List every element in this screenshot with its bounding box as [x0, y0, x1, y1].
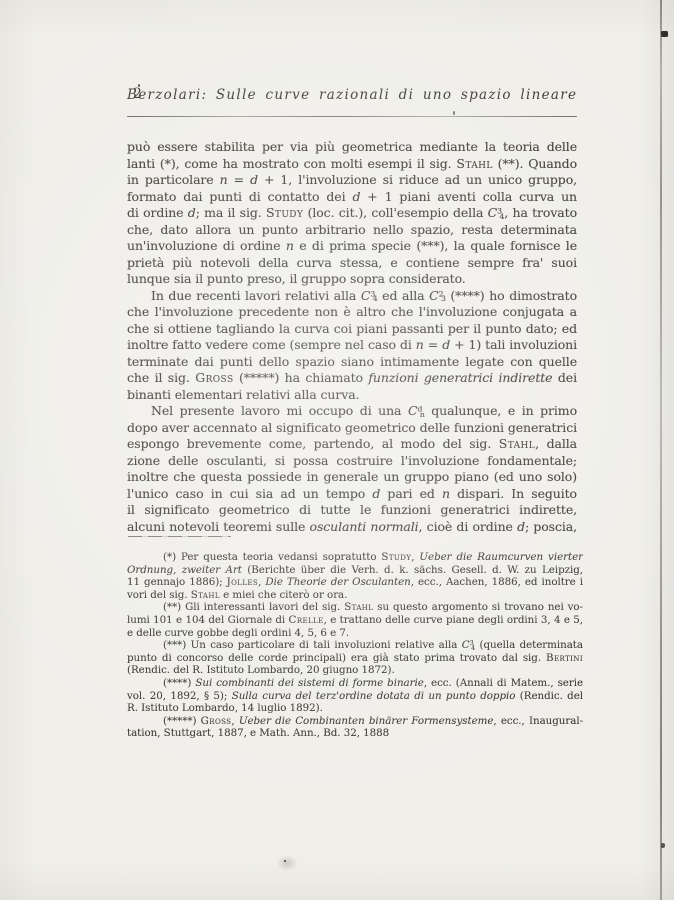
footnotes: (*) Per questa teoria vedansi sopratutto…	[127, 551, 583, 740]
text-line: lumi 101 e 104 del Giornale di Crelle, e…	[127, 614, 583, 627]
text-line: lunque sia il punto preso, il gruppo sop…	[127, 271, 577, 288]
footnote: (*) Per questa teoria vedansi sopratutto…	[127, 551, 583, 601]
text-line: espongo brevemente come, partendo, al mo…	[127, 436, 577, 453]
text-line: che l'involuzione precedente non è altro…	[127, 304, 577, 321]
text-line: lanti (*), come ha mostrato con molti es…	[127, 156, 577, 173]
scan-artifact-blob	[661, 31, 668, 37]
text-line: che si ottiene tagliando la curva coi pi…	[127, 321, 577, 338]
text-line: (*) Per questa teoria vedansi sopratutto…	[127, 551, 583, 564]
scan-artifact-dot	[661, 843, 665, 848]
scan-artifact-edge-line	[660, 0, 662, 900]
text-line: (**) Gli interessanti lavori del sig. St…	[127, 601, 583, 614]
footnote: (***) Un caso particolare di tali involu…	[127, 639, 583, 677]
scan-artifact-speck	[284, 860, 286, 862]
paragraph: Nel presente lavoro mi occupo di una Cdn…	[127, 403, 577, 535]
text-line: (***) Un caso particolare di tali involu…	[127, 639, 583, 652]
text-line: inoltre fatto vedere come (sempre nel ca…	[127, 337, 577, 354]
running-title: Berzolari: Sulle curve razionali di uno …	[127, 88, 577, 102]
scan-artifact-speck	[453, 111, 455, 115]
text-line: Nel presente lavoro mi occupo di una Cdn…	[127, 403, 577, 420]
text-line: punto di concorso delle corde principali…	[127, 652, 583, 665]
text-line: (*****) Gross, Ueber die Combinanten bin…	[127, 715, 583, 728]
footnote: (****) Sui combinanti dei sistemi di for…	[127, 677, 583, 715]
text-line: che, dato allora un punto arbitrario nel…	[127, 222, 577, 239]
text-line: dopo aver accennato al significato geome…	[127, 420, 577, 437]
text-line: il significato geometrico di tutte le fu…	[127, 502, 577, 519]
footnote-separator	[128, 536, 231, 537]
paragraph: può essere stabilita per via più geometr…	[127, 139, 577, 288]
body-text: può essere stabilita per via più geometr…	[127, 139, 577, 535]
text-line: (Rendic. del R. Istituto Lombardo, 20 gi…	[127, 664, 583, 677]
text-line: l'unico caso in cui sia ad un tempo d pa…	[127, 486, 577, 503]
footnote: (*****) Gross, Ueber die Combinanten bin…	[127, 715, 583, 740]
text-line: vol. 20, 1892, § 5); Sulla curva del ter…	[127, 690, 583, 703]
scanned-page: 2 Berzolari: Sulle curve razionali di un…	[0, 0, 674, 900]
footnote: (**) Gli interessanti lavori del sig. St…	[127, 601, 583, 639]
text-line: zione delle osculanti, si possa costruir…	[127, 453, 577, 470]
text-line: Ordnung, zweiter Art (Berichte über die …	[127, 564, 583, 577]
text-line: R. Istituto Lombardo, 14 luglio 1892).	[127, 702, 583, 715]
paragraph: In due recenti lavori relativi alla C34 …	[127, 288, 577, 404]
text-line: un'involuzione di ordine n e di prima sp…	[127, 238, 577, 255]
text-line: formato dai punti di contatto dei d + 1 …	[127, 189, 577, 206]
text-line: alcuni notevoli teoremi sulle osculanti …	[127, 519, 577, 536]
header-rule	[127, 116, 577, 117]
text-line: vori del sig. Stahl e miei che citerò or…	[127, 589, 583, 602]
scan-artifact-speck	[138, 84, 140, 87]
text-line: prietà più notevoli della curva stessa, …	[127, 255, 577, 272]
text-line: di ordine d; ma il sig. Study (loc. cit.…	[127, 205, 577, 222]
text-line: In due recenti lavori relativi alla C34 …	[127, 288, 577, 305]
text-line: in particolare n = d + 1, l'involuzione …	[127, 172, 577, 189]
text-line: binanti elementari relativi alla curva.	[127, 387, 577, 404]
scan-artifact-smudge	[276, 855, 298, 871]
text-line: terminate dai punti dello spazio siano i…	[127, 354, 577, 371]
text-line: inoltre che questa possiede in generale …	[127, 469, 577, 486]
text-line: e delle curve gobbe degli ordini 4, 5, 6…	[127, 627, 583, 640]
text-line: che il sig. Gross (*****) ha chiamato fu…	[127, 370, 577, 387]
text-line: (****) Sui combinanti dei sistemi di for…	[127, 677, 583, 690]
text-line: tation, Stuttgart, 1887, e Math. Ann., B…	[127, 727, 583, 740]
text-line: 11 gennajo 1886); Jolles, Die Theorie de…	[127, 576, 583, 589]
text-line: può essere stabilita per via più geometr…	[127, 139, 577, 156]
